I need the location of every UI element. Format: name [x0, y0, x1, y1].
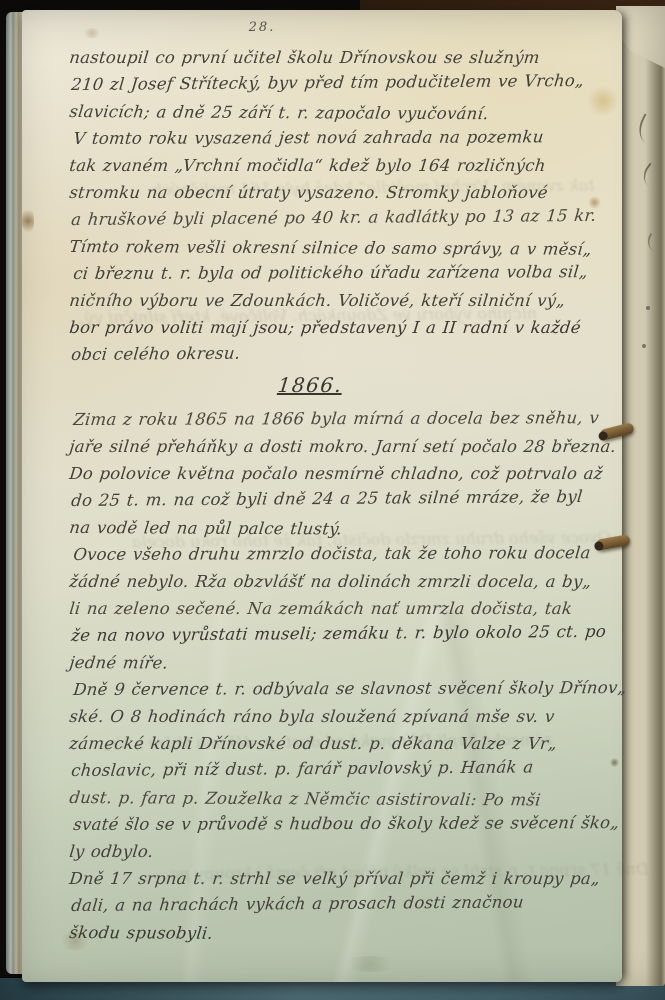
manuscript-line: svaté šlo se v průvodě s hudbou do školy…: [72, 809, 623, 838]
manuscript-line: Dně 9 července t. r. odbývala se slavnos…: [72, 674, 623, 703]
manuscript-line: Ovoce všeho druhu zmrzlo dočista, tak že…: [72, 539, 623, 568]
manuscript-line: ské. O 8 hodinách ráno byla sloužená zpí…: [68, 703, 623, 730]
manuscript-line: škodu spusobyli.: [68, 919, 623, 949]
manuscript-line: do 25 t. m. na což byli dně 24 a 25 tak …: [70, 483, 623, 514]
manuscript-line: choslavic, při níž dust. p. farář pavlov…: [70, 753, 623, 784]
ink-fragment: [638, 163, 664, 190]
manuscript-line: a hruškové byli placené po 40 kr. a kadl…: [70, 202, 623, 233]
ink-fragment: [643, 233, 665, 255]
photo-scene: tak zvaném „Vrchní močidla“ kdež bylo 16…: [0, 0, 665, 1000]
manuscript-line: jaře silné přeháňky a dosti mokro. Jarní…: [68, 433, 623, 460]
ink-fragment: [646, 306, 650, 310]
manuscript-line: tak zvaném „Vrchní močidla“ kdež bylo 16…: [68, 152, 623, 179]
stain: [22, 206, 34, 236]
page-number: 28.: [0, 20, 562, 35]
manuscript-text: nastoupil co první učitel školu Dřínovsk…: [68, 44, 620, 946]
manuscript-line: ly odbylo.: [68, 838, 623, 865]
manuscript-line: že na novo vyrůstati museli; zemáku t. r…: [70, 618, 623, 649]
manuscript-page: tak zvaném „Vrchní močidla“ kdež bylo 16…: [22, 10, 622, 982]
ink-fragment: [642, 344, 646, 348]
manuscript-line: dali, a na hrachách vykách a prosach dos…: [70, 888, 623, 919]
year-heading: 1866.: [32, 370, 588, 404]
next-page-edge: [616, 6, 665, 986]
manuscript-line: ci březnu t. r. byla od politického úřad…: [72, 258, 623, 287]
manuscript-line: žádné nebylo. Rža obzvlášť na dolinách z…: [68, 568, 623, 595]
ink-fragment: [633, 113, 661, 144]
manuscript-line: V tomto roku vysazená jest nová zahrada …: [72, 123, 623, 152]
manuscript-line: 210 zl Josef Střítecký, byv před tím pod…: [70, 67, 623, 98]
manuscript-line: obci celého okresu.: [70, 337, 623, 368]
manuscript-line: ničního výboru ve Zdounkách. Voličové, k…: [68, 287, 623, 314]
manuscript-line: Zima z roku 1865 na 1866 byla mírná a do…: [72, 404, 623, 433]
stain: [342, 956, 398, 972]
